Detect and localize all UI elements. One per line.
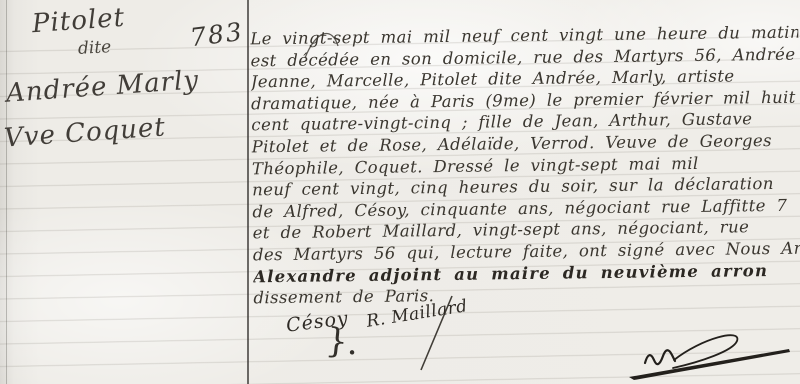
signature-paraph: }. bbox=[324, 320, 360, 363]
margin-rule-line bbox=[247, 0, 249, 384]
registry-page-scan: Pitolet dite Andrée Marly Vve Coquet 783… bbox=[0, 0, 800, 384]
page-edge-line bbox=[6, 0, 7, 384]
act-body-text: Le vingt-sept mai mil neuf cent vingt un… bbox=[250, 22, 800, 329]
margin-dite: dite bbox=[77, 37, 111, 59]
